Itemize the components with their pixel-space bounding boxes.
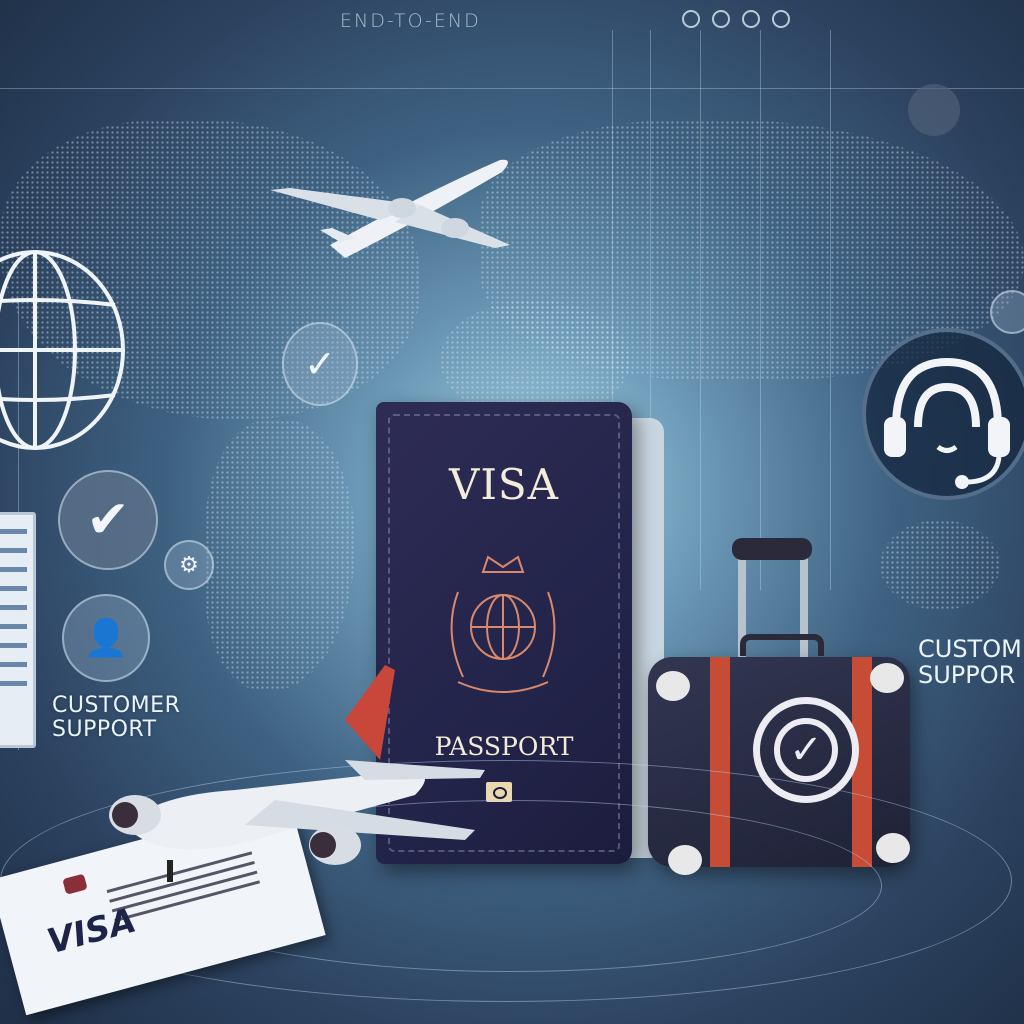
face-dot-icon[interactable]: [772, 10, 790, 28]
status-dot-icon[interactable]: [682, 10, 700, 28]
checkmark-icon: ✔: [86, 490, 130, 550]
passport-title: VISA: [376, 460, 632, 509]
label-line: CUSTOM: [918, 636, 1022, 662]
checkmark-icon: ✓: [304, 342, 336, 386]
document-panel: [0, 512, 36, 748]
airplane-icon: [270, 150, 520, 270]
gear-icon: ⚙: [179, 553, 199, 578]
grid-line: [760, 30, 761, 590]
world-map-south-america: [205, 420, 355, 690]
info-button[interactable]: [990, 290, 1024, 334]
user-avatar-icon: 👤: [84, 617, 129, 659]
suitcase-carry-handle[interactable]: [740, 634, 824, 656]
customer-support-label-right[interactable]: CUSTOM SUPPOR: [918, 636, 1022, 688]
record-button-icon[interactable]: [908, 84, 960, 136]
settings-dot-icon[interactable]: [712, 10, 730, 28]
settings-button[interactable]: ⚙: [164, 540, 214, 590]
label-line: SUPPOR: [918, 662, 1022, 688]
suitcase-corner: [870, 663, 904, 693]
headset-support-icon: [866, 332, 1024, 496]
grid-line: [700, 30, 701, 590]
grid-line: [830, 30, 831, 590]
divider-line: [0, 88, 1024, 89]
visa-document-label: VISA: [43, 901, 140, 963]
ring-icon[interactable]: [742, 10, 760, 28]
suitcase-handle[interactable]: [732, 538, 812, 560]
airplane-icon: [95, 660, 495, 890]
globe-icon[interactable]: [0, 250, 125, 450]
support-headset-button[interactable]: [862, 328, 1024, 500]
verified-button[interactable]: ✔: [58, 470, 158, 570]
check-bubble-button[interactable]: ✓: [282, 322, 358, 406]
world-map-australia: [880, 520, 1000, 610]
page-title: END-TO-END: [340, 10, 481, 32]
suitcase-corner: [656, 671, 690, 701]
stamp-icon: [62, 874, 87, 895]
